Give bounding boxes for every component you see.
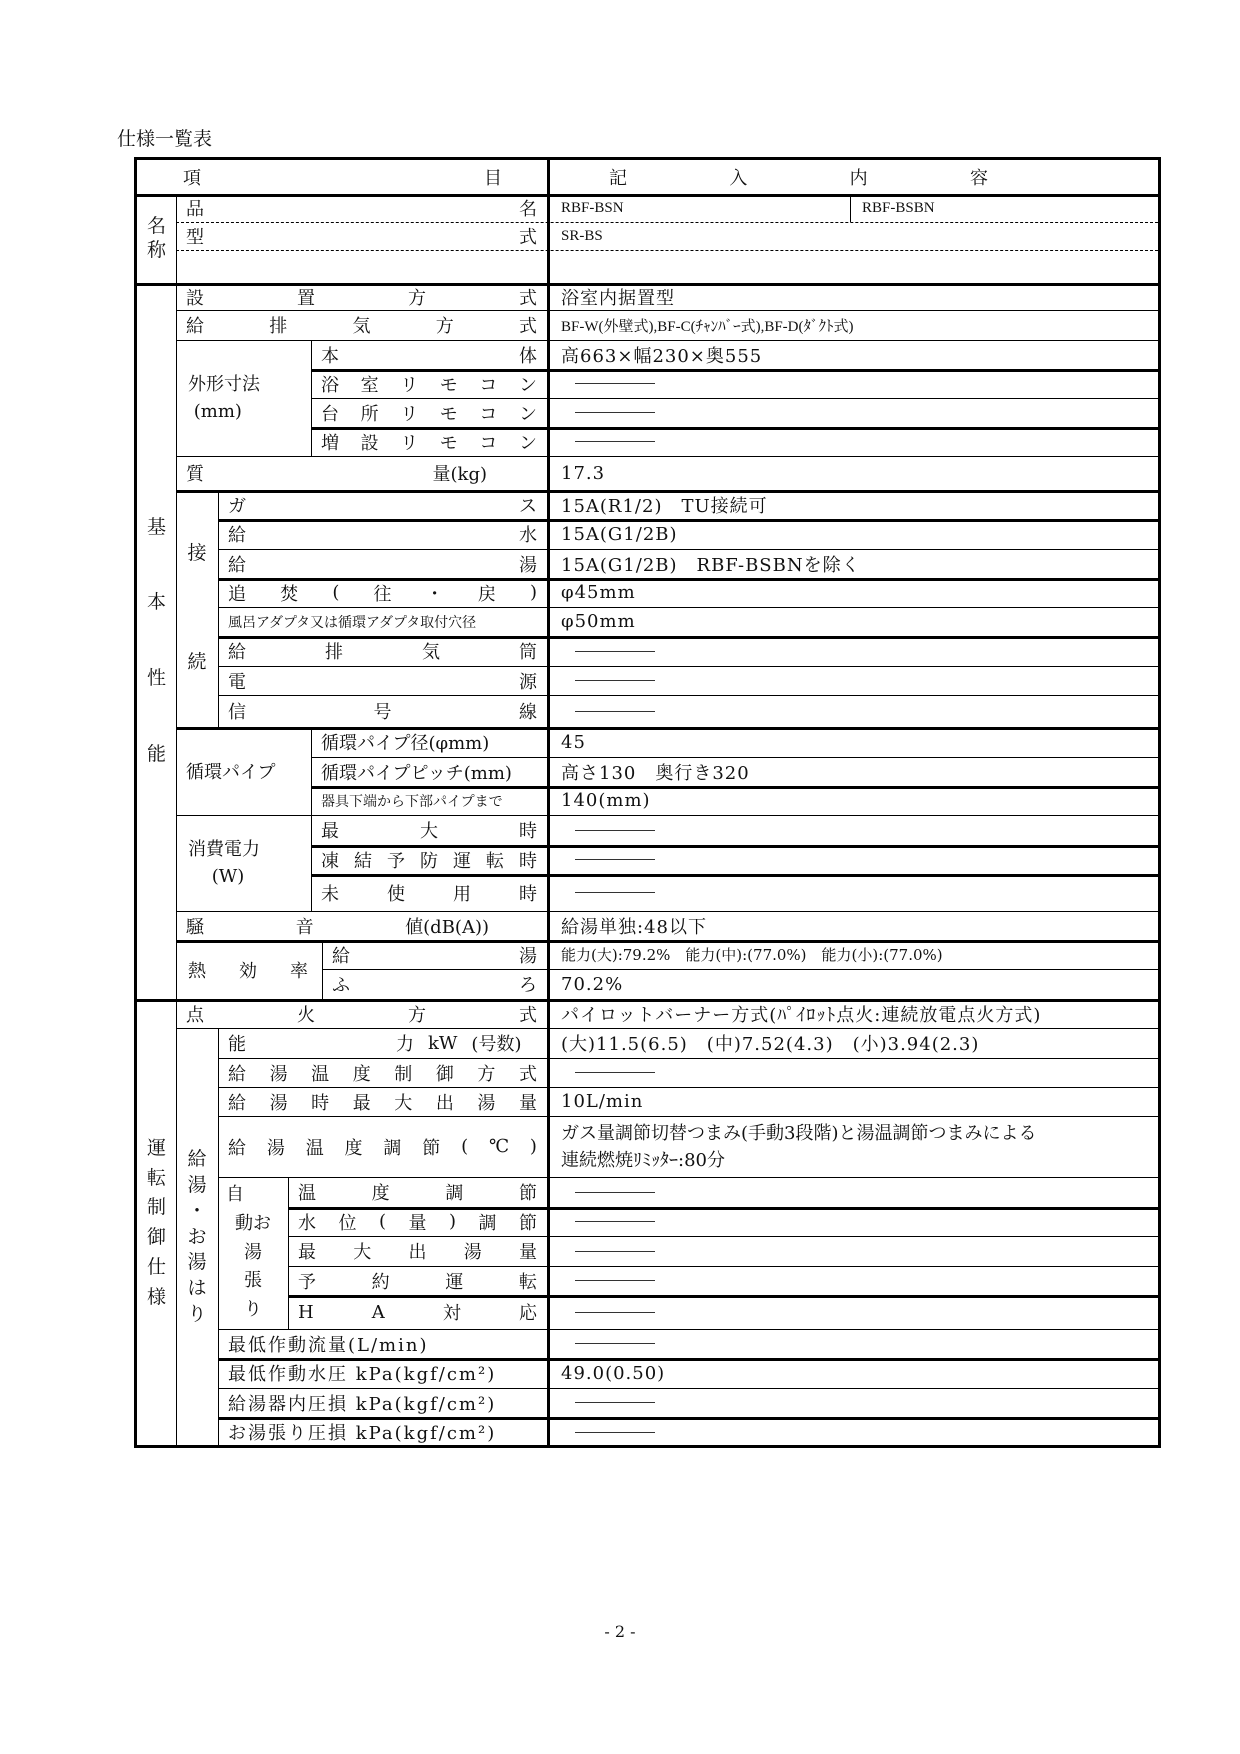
- label-glyph: 湯: [519, 942, 537, 968]
- dash-placeholder: [575, 830, 655, 831]
- label-glyph: 給: [186, 312, 204, 338]
- label-glyph: 節: [519, 1179, 537, 1205]
- label-glyph: リ: [400, 429, 418, 455]
- label-glyph: 本: [321, 342, 339, 368]
- label-hotwater-2: 給湯時最大出湯量: [218, 1087, 547, 1116]
- label-glyph: 線: [519, 698, 537, 724]
- label-glyph: 最: [321, 817, 339, 843]
- label-glyph: 湯: [464, 1238, 482, 1264]
- label-glyph: リ: [400, 371, 418, 397]
- label-glyph: 気: [353, 312, 371, 338]
- label-glyph: 排: [269, 312, 287, 338]
- value-efficiency-0: 能力(大):79.2% 能力(中):(77.0%) 能力(小):(77.0%): [549, 940, 1158, 969]
- label-glyph: 設: [361, 429, 379, 455]
- label-efficiency-0: 給湯: [322, 940, 547, 969]
- label-glyph: 温: [306, 1134, 324, 1160]
- label-glyph: 節: [422, 1134, 440, 1160]
- label-glyph: 量: [519, 1238, 537, 1264]
- value-power-1: [549, 845, 1158, 874]
- label-power-0: 最大時: [311, 815, 547, 845]
- label-glyph: 水: [298, 1209, 316, 1235]
- label-glyph: 室: [361, 371, 379, 397]
- label-glyph: 未: [321, 880, 339, 906]
- label-glyph: 台: [321, 400, 339, 426]
- value-hotwater-3: ガス量調節切替つまみ(手動3段階)と湯温調節つまみによる連続燃焼ﾘﾐｯﾀｰ:80…: [549, 1116, 1158, 1177]
- label-glyph: 値(dB(A)): [405, 913, 489, 939]
- label-glyph: 制: [394, 1060, 412, 1086]
- label-power-1: 凍結予防運転時: [311, 845, 547, 874]
- label-hotwater-extra-1: 最低作動水圧 kPa(kgf/cm²): [218, 1358, 547, 1388]
- label-glyph: 方: [408, 1001, 426, 1027]
- label-glyph: 度: [345, 1134, 363, 1160]
- label-hotwater-3: 給湯温度調節(℃): [218, 1116, 547, 1177]
- value-connection-0: 15A(R1/2) TU接続可: [549, 490, 1158, 519]
- label-glyph: 出: [409, 1238, 427, 1264]
- label-glyph: 時: [519, 847, 537, 873]
- label-connection-0: ガス: [218, 490, 547, 519]
- label-glyph: 質: [186, 460, 204, 486]
- label-pipe-1: 循環パイプピッチ(mm): [311, 757, 547, 786]
- label-glyph: 湯: [267, 1134, 285, 1160]
- label-glyph: (: [332, 582, 339, 603]
- label-glyph: 湯: [270, 1060, 288, 1086]
- dash-placeholder: [575, 1221, 655, 1222]
- label-glyph: 電: [228, 668, 246, 694]
- value-mass: 17.3: [549, 456, 1158, 490]
- label-connection-1: 給水: [218, 519, 547, 549]
- value-hotwater-extra-2: [549, 1388, 1158, 1417]
- dash-placeholder: [575, 1072, 655, 1073]
- value-ignition: パイロットバーナー方式(ﾊﾟｲﾛｯﾄ点火:連続放電点火方式): [549, 999, 1158, 1028]
- label-glyph: 入: [729, 164, 747, 190]
- value-pipe-0: 45: [549, 727, 1158, 757]
- label-glyph: 熱: [188, 957, 206, 983]
- dash-placeholder: [575, 412, 655, 413]
- label-glyph: 量: [519, 1089, 537, 1115]
- value-ventilation: BF-W(外壁式),BF-C(ﾁｬﾝﾊﾞｰ式),BF-D(ﾀﾞｸﾄ式): [549, 310, 1158, 340]
- label-glyph: 力: [396, 1030, 414, 1056]
- value-hotwater-extra-1: 49.0(0.50): [549, 1358, 1158, 1388]
- label-glyph: 浴: [321, 371, 339, 397]
- value-connection-7: [549, 695, 1158, 727]
- label-ignition: 点火方式: [176, 999, 547, 1028]
- label-glyph: 結: [354, 847, 372, 873]
- label-glyph: 用: [453, 880, 471, 906]
- value-dimension-0: 高663×幅230×奥555: [549, 340, 1158, 369]
- value-noise: 給湯単独:48以下: [549, 911, 1158, 940]
- label-glyph: 内: [850, 164, 868, 190]
- label-connection-7: 信号線: [218, 695, 547, 727]
- label-glyph: 大: [420, 817, 438, 843]
- label-glyph: 給: [228, 638, 246, 664]
- value-installation: 浴室内据置型: [549, 283, 1158, 310]
- label-glyph: ふ: [332, 971, 350, 997]
- label-autofill-1: 水位(量)調節: [288, 1207, 547, 1236]
- label-efficiency-1: ふろ: [322, 969, 547, 999]
- label-glyph: 大: [394, 1089, 412, 1115]
- label-glyph: 給: [228, 551, 246, 577]
- label-autofill-0: 温度調節: [288, 1177, 547, 1207]
- label-glyph: モ: [440, 400, 458, 426]
- label-glyph: 湯: [270, 1089, 288, 1115]
- header-content-label: 記入内容: [549, 160, 1158, 194]
- label-dimension-3: 増設リモコン: [311, 427, 547, 456]
- label-glyph: リ: [400, 400, 418, 426]
- name-group-label: 名称: [137, 194, 176, 283]
- value-hotwater-extra-0: [549, 1329, 1158, 1358]
- label-pipe-0: 循環パイプ径(φmm): [311, 727, 547, 757]
- label-product-name: 品名: [176, 194, 547, 222]
- value-model: SR-BS: [549, 222, 1158, 250]
- label-glyph: 最: [353, 1089, 371, 1115]
- value-dimension-3: [549, 427, 1158, 456]
- operation-control-group-label: 運転制御仕様: [137, 999, 176, 1447]
- value-power-0: [549, 815, 1158, 845]
- label-glyph: 排: [325, 638, 343, 664]
- label-glyph: 時: [311, 1089, 329, 1115]
- label-glyph: ): [449, 1211, 456, 1232]
- label-glyph: 約: [372, 1268, 390, 1294]
- label-glyph: 火: [297, 1001, 315, 1027]
- value-connection-2: 15A(G1/2B) RBF-BSBNを除く: [549, 549, 1158, 578]
- value-connection-6: [549, 666, 1158, 695]
- rule: [850, 194, 851, 222]
- dash-placeholder: [575, 441, 655, 442]
- value-dimension-1: [549, 369, 1158, 398]
- label-glyph: 調: [383, 1134, 401, 1160]
- value-hotwater-1: [549, 1058, 1158, 1087]
- label-glyph: (: [461, 1136, 468, 1157]
- label-autofill-2: 最大出湯量: [288, 1236, 547, 1266]
- document-title: 仕様一覧表: [117, 124, 212, 151]
- value-dimension-2: [549, 398, 1158, 427]
- value-autofill-0: [549, 1177, 1158, 1207]
- dash-placeholder: [575, 1432, 655, 1433]
- label-pipe-2: 器具下端から下部パイプまで: [311, 786, 547, 815]
- label-glyph: 運: [453, 847, 471, 873]
- basic-performance-group-label: 基本性能: [137, 283, 176, 999]
- label-glyph: 風呂アダプタ又は循環アダプタ取付穴径: [228, 612, 476, 632]
- rule: [547, 160, 550, 1447]
- page-number: - 2 -: [0, 1622, 1240, 1641]
- label-hotwater-extra-2: 給湯器内圧損 kPa(kgf/cm²): [218, 1388, 547, 1417]
- value-autofill-1: [549, 1207, 1158, 1236]
- label-glyph: ろ: [519, 971, 537, 997]
- label-connection-4: 風呂アダプタ又は循環アダプタ取付穴径: [218, 607, 547, 636]
- label-noise: 騒音値(dB(A)): [176, 911, 547, 940]
- rule: [176, 250, 1158, 251]
- label-glyph: ℃: [489, 1136, 509, 1157]
- label-hotwater-0: 能力kW(号数): [218, 1028, 547, 1058]
- label-glyph: 器具下端から下部パイプまで: [321, 791, 503, 811]
- value-hotwater-2: 10L/min: [549, 1087, 1158, 1116]
- label-installation: 設置方式: [176, 283, 547, 310]
- label-glyph: 度: [353, 1060, 371, 1086]
- value-efficiency-1: 70.2%: [549, 969, 1158, 999]
- header-item-label: 項目: [137, 160, 547, 194]
- dash-placeholder: [575, 651, 655, 652]
- label-glyph: コ: [479, 429, 497, 455]
- value-power-2: [549, 874, 1158, 911]
- value-product-name-2: RBF-BSBN: [850, 194, 1158, 222]
- label-glyph: 転: [486, 847, 504, 873]
- label-dimension-1: 浴室リモコン: [311, 369, 547, 398]
- label-glyph: 時: [519, 817, 537, 843]
- thermal-efficiency-group-label: 熱効率: [176, 940, 322, 999]
- label-glyph: 凍: [321, 847, 339, 873]
- label-glyph: 型: [186, 223, 204, 249]
- dash-placeholder: [575, 1280, 655, 1281]
- label-glyph: 給湯器内圧損 kPa(kgf/cm²): [228, 1390, 496, 1416]
- label-glyph: 対: [443, 1299, 461, 1325]
- value-connection-4: φ50mm: [549, 607, 1158, 636]
- value-autofill-2: [549, 1236, 1158, 1266]
- label-connection-6: 電源: [218, 666, 547, 695]
- dash-placeholder: [575, 680, 655, 681]
- label-connection-2: 給湯: [218, 549, 547, 578]
- label-glyph: 応: [519, 1299, 537, 1325]
- label-glyph: 給: [228, 1089, 246, 1115]
- label-glyph: 調: [445, 1179, 463, 1205]
- label-glyph: 度: [372, 1179, 390, 1205]
- label-glyph: 節: [519, 1209, 537, 1235]
- label-glyph: 点: [186, 1001, 204, 1027]
- label-glyph: 循環パイプ径(φmm): [321, 729, 489, 755]
- label-glyph: 源: [519, 668, 537, 694]
- label-glyph: 品: [186, 195, 204, 221]
- dash-placeholder: [575, 1251, 655, 1252]
- label-glyph: 号: [374, 698, 392, 724]
- label-glyph: 温: [298, 1179, 316, 1205]
- label-glyph: 給: [228, 1060, 246, 1086]
- circulation-pipe-group-label: 循環パイプ: [176, 727, 311, 815]
- value-connection-3: φ45mm: [549, 578, 1158, 607]
- label-autofill-3: 予約運転: [288, 1266, 547, 1295]
- label-autofill-4: HA対応: [288, 1295, 547, 1329]
- label-connection-3: 追焚(往・戻): [218, 578, 547, 607]
- label-glyph: 量: [408, 1209, 426, 1235]
- label-glyph: 大: [353, 1238, 371, 1264]
- label-glyph: 出: [436, 1089, 454, 1115]
- label-glyph: 位: [338, 1209, 356, 1235]
- label-glyph: ・: [426, 580, 444, 606]
- dash-placeholder: [575, 711, 655, 712]
- label-glyph: 湯: [477, 1089, 495, 1115]
- label-glyph: 湯: [519, 551, 537, 577]
- label-glyph: 御: [436, 1060, 454, 1086]
- label-glyph: 温: [311, 1060, 329, 1086]
- label-glyph: A: [372, 1302, 385, 1323]
- label-glyph: 能: [228, 1030, 246, 1056]
- label-glyph: 式: [519, 312, 537, 338]
- value-pipe-1: 高さ130 奥行き320: [549, 757, 1158, 786]
- value-connection-5: [549, 636, 1158, 666]
- label-glyph: 増: [321, 429, 339, 455]
- label-glyph: ン: [519, 371, 537, 397]
- label-glyph: 式: [519, 1060, 537, 1086]
- label-glyph: 信: [228, 698, 246, 724]
- label-glyph: 往: [374, 580, 392, 606]
- dash-placeholder: [575, 1343, 655, 1344]
- label-glyph: 予: [387, 847, 405, 873]
- label-glyph: (号数): [471, 1030, 521, 1056]
- label-glyph: ): [530, 1136, 537, 1157]
- connection-group-label: 接続: [176, 490, 218, 727]
- label-glyph: 使: [387, 880, 405, 906]
- label-glyph: 焚: [280, 580, 298, 606]
- label-glyph: 予: [298, 1268, 316, 1294]
- value-connection-1: 15A(G1/2B): [549, 519, 1158, 549]
- hot-water-group-label: 給湯・お湯はり: [176, 1028, 218, 1447]
- dash-placeholder: [575, 1312, 655, 1313]
- label-glyph: 追: [228, 580, 246, 606]
- value-autofill-4: [549, 1295, 1158, 1329]
- value-product-name-1: RBF-BSN: [549, 194, 850, 222]
- label-hotwater-extra-0: 最低作動流量(L/min): [218, 1329, 547, 1358]
- label-glyph: 量(kg): [433, 460, 487, 486]
- label-glyph: 式: [519, 1001, 537, 1027]
- label-glyph: 式: [519, 284, 537, 310]
- dash-placeholder: [575, 859, 655, 860]
- label-glyph: 給: [228, 521, 246, 547]
- label-glyph: 気: [422, 638, 440, 664]
- dash-placeholder: [575, 383, 655, 384]
- value-hotwater-0: (大)11.5(6.5) (中)7.52(4.3) (小)3.94(2.3): [549, 1028, 1158, 1058]
- label-glyph: 循環パイプピッチ(mm): [321, 759, 512, 785]
- label-glyph: 効: [239, 957, 257, 983]
- label-glyph: 名: [519, 195, 537, 221]
- label-glyph: ン: [519, 400, 537, 426]
- label-glyph: 項: [147, 164, 201, 190]
- label-connection-5: 給排気筒: [218, 636, 547, 666]
- label-dimension-2: 台所リモコン: [311, 398, 547, 427]
- dimensions-group-label: 外形寸法 (mm): [176, 340, 311, 456]
- label-glyph: 給: [332, 942, 350, 968]
- label-power-2: 未使用時: [311, 874, 547, 911]
- label-glyph: 方: [477, 1060, 495, 1086]
- label-glyph: 最: [298, 1238, 316, 1264]
- label-glyph: 体: [519, 342, 537, 368]
- label-glyph: kW: [428, 1033, 457, 1054]
- label-glyph: 設: [186, 284, 204, 310]
- label-glyph: 転: [519, 1268, 537, 1294]
- spec-table: 項目記入内容名称品名RBF-BSNRBF-BSBN型式SR-BS基本性能設置方式…: [134, 157, 1161, 1448]
- label-glyph: ガ: [228, 492, 246, 518]
- label-glyph: 容: [970, 164, 988, 190]
- label-glyph: 最低作動流量(L/min): [228, 1331, 428, 1357]
- label-glyph: 記: [609, 164, 627, 190]
- label-glyph: 置: [297, 284, 315, 310]
- label-glyph: コ: [479, 400, 497, 426]
- label-glyph: 戻: [478, 580, 496, 606]
- label-glyph: モ: [440, 371, 458, 397]
- label-glyph: 音: [296, 913, 314, 939]
- auto-fill-group-label: 自動お湯張り: [218, 1177, 288, 1329]
- label-glyph: ス: [519, 492, 537, 518]
- value-autofill-3: [549, 1266, 1158, 1295]
- label-glyph: 調: [478, 1209, 496, 1235]
- label-glyph: 筒: [519, 638, 537, 664]
- label-glyph: 最低作動水圧 kPa(kgf/cm²): [228, 1360, 496, 1386]
- value-hotwater-extra-3: [549, 1417, 1158, 1447]
- label-glyph: ): [530, 582, 537, 603]
- label-glyph: ン: [519, 429, 537, 455]
- label-dimension-0: 本体: [311, 340, 547, 369]
- label-glyph: 方: [436, 312, 454, 338]
- label-glyph: 防: [420, 847, 438, 873]
- label-glyph: 時: [519, 880, 537, 906]
- label-glyph: 所: [361, 400, 379, 426]
- label-model: 型式: [176, 222, 547, 250]
- label-glyph: モ: [440, 429, 458, 455]
- label-glyph: コ: [479, 371, 497, 397]
- dash-placeholder: [575, 1402, 655, 1403]
- label-glyph: 運: [445, 1268, 463, 1294]
- dash-placeholder: [575, 1192, 655, 1193]
- label-glyph: 循環パイプ: [186, 758, 275, 784]
- label-glyph: 目: [484, 164, 502, 190]
- value-pipe-2: 140(mm): [549, 786, 1158, 815]
- label-glyph: (: [379, 1211, 386, 1232]
- label-hotwater-1: 給湯温度制御方式: [218, 1058, 547, 1087]
- power-consumption-group-label: 消費電力 (W): [176, 815, 311, 911]
- label-glyph: 水: [519, 521, 537, 547]
- label-ventilation: 給排気方式: [176, 310, 547, 340]
- label-glyph: 給: [228, 1134, 246, 1160]
- label-glyph: お湯張り圧損 kPa(kgf/cm²): [228, 1419, 496, 1445]
- label-glyph: 方: [408, 284, 426, 310]
- label-glyph: 騒: [186, 913, 204, 939]
- label-hotwater-extra-3: お湯張り圧損 kPa(kgf/cm²): [218, 1417, 547, 1447]
- label-mass: 質量(kg): [176, 456, 547, 490]
- label-glyph: 式: [519, 223, 537, 249]
- dash-placeholder: [575, 892, 655, 893]
- label-glyph: H: [298, 1302, 314, 1323]
- label-glyph: 率: [290, 957, 308, 983]
